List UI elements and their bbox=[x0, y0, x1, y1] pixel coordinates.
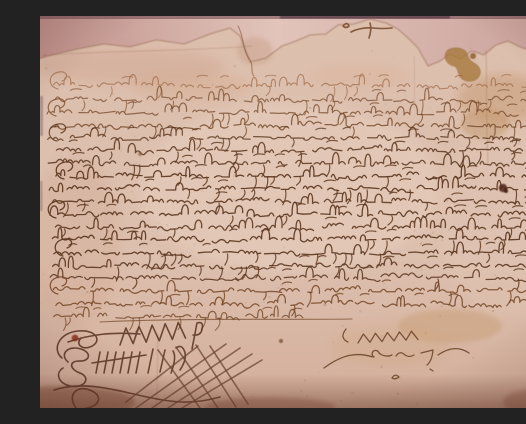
manuscript-photo: Sepia photograph of a 15th-century chanc… bbox=[40, 16, 526, 408]
photo-vignette bbox=[40, 16, 526, 408]
manuscript-photo-canvas bbox=[40, 16, 526, 408]
